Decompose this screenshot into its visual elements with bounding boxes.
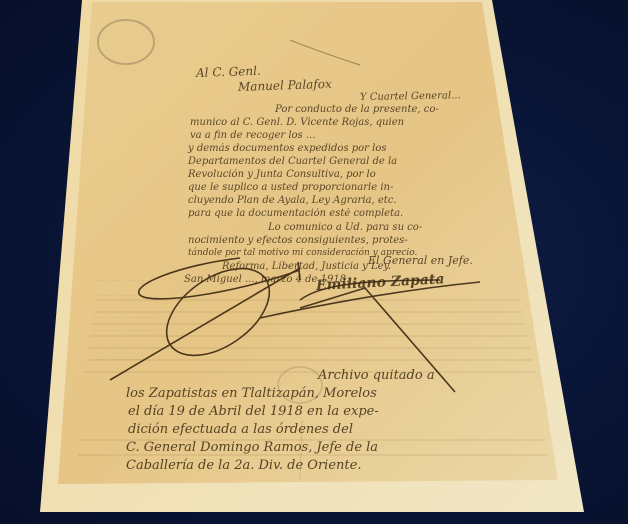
body-line: para que la documentación esté completa.	[188, 208, 403, 219]
body-line: Revolución y Junta Consultiva, por lo	[188, 169, 376, 180]
annotation-line: Archivo quitado a	[318, 368, 435, 383]
body-line: Por conducto de la presente, co-	[275, 104, 439, 115]
annotation-line: dición efectuada a las órdenes del	[128, 422, 353, 437]
annotation-line: Caballería de la 2a. Div. de Oriente.	[126, 458, 361, 473]
svg-text:·· ·· ·· · ·· ·· ·· · ·· ·· ··: ·· ·· ·· · ·· ·· ·· · ·· ·· ·· ·· ·	[95, 315, 162, 322]
salutation-line-1: Al C. Genl.	[196, 64, 261, 80]
body-line: va a fin de recoger los ...	[190, 130, 315, 141]
body-line: Reforma, Libertad, Justicia y Ley.	[222, 261, 391, 272]
svg-text:· ·· ·· ·· ·· ·· · ·· ·· ·· ··: · ·· ·· ·· ·· ·· · ·· ·· ·· ·· ·· ·	[95, 328, 162, 335]
body-line: munico al C. Genl. D. Vicente Rojas, qui…	[190, 117, 404, 128]
annotation-line: C. General Domingo Ramos, Jefe de la	[126, 440, 378, 455]
annotation-line: los Zapatistas en Tlaltizapán, Morelos	[126, 386, 377, 401]
body-line: nocimiento y efectos consiguientes, prot…	[188, 235, 408, 246]
body-line: Departamentos del Cuartel General de la	[188, 156, 397, 167]
svg-text:·· ·· · ·· ·· ·· · ·· ·· ··: ·· ·· · ·· ·· ·· · ·· ·· ··	[95, 343, 147, 350]
body-line: Lo comunico a Ud. para su co-	[268, 222, 422, 233]
body-line: que le suplico a usted proporcionarle in…	[188, 182, 393, 193]
svg-text:· ·· ·· · ·· ·· ·· ·· ·: · ·· ·· · ·· ·· ·· ·· ·	[95, 293, 139, 300]
svg-text:·· ·· · ·· ·· ·· · ·· · ·· ··: ·· ·· · ·· ·· ·· · ·· · ·· ·· ·	[95, 278, 154, 285]
svg-text:·· ·· ·· ·· ·· ·· · ·· ··: ·· ·· ·· ·· ·· ·· · ·· ··	[95, 357, 143, 364]
annotation-line: el día 19 de Abril del 1918 en la expe-	[128, 404, 379, 419]
photo-scene: ·· ·· · ·· ·· ·· · ·· · ·· ·· · · ·· ·· …	[0, 0, 628, 524]
place-header: Y Cuartel General...	[360, 90, 461, 103]
closing-line: El General en Jefe.	[368, 254, 473, 267]
body-line: y demás documentos expedidos por los	[188, 143, 387, 154]
body-line: cluyendo Plan de Ayala, Ley Agraria, etc…	[188, 195, 397, 206]
